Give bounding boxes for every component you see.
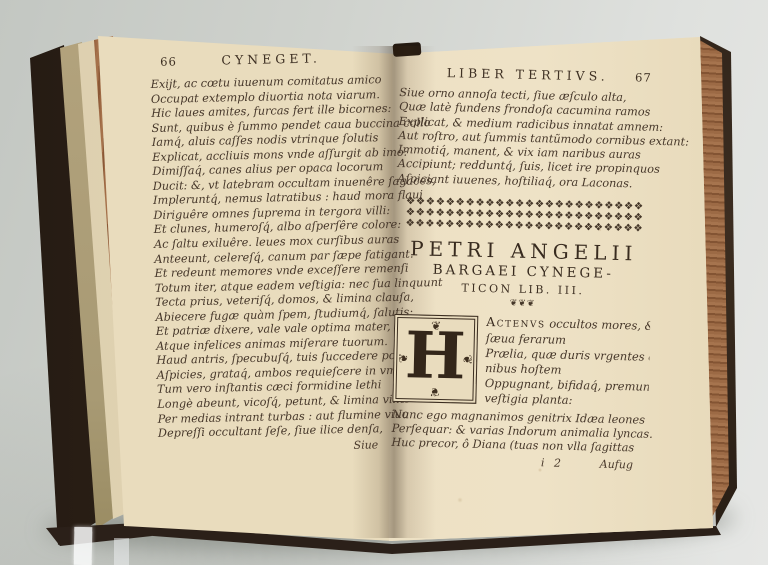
left-verse-block: Exijt, ac cœtu iuuenum comitatus amico O… [151,73,401,442]
headband [393,42,422,57]
opening-rest: occultos mores, & [546,317,651,333]
opening-block: ❦ ❦ ❦ ❦ H Actenvs occultos mores, & ſæua… [392,312,650,410]
section-heading-work: BARGAEI CYNEGE- [395,262,651,283]
fleuron-ornament: ❦❦❦ [394,296,650,312]
photo-of-open-book: 66 CYNEGET. Exijt, ac cœtu iuuenum comit… [0,0,768,565]
woodcut-initial-H: ❦ ❦ ❦ ❦ H [392,314,478,404]
book-cradle-strip [114,538,129,565]
left-folio-number: 66 [160,54,177,68]
right-page-text: LIBER TERTIVS. 67 Siue orno annoſa tecti… [391,64,656,472]
ornament-band: ❖❖❖❖❖❖❖❖❖❖❖❖❖❖❖❖❖❖❖❖❖❖❖❖ ❖❖❖❖❖❖❖❖❖❖❖❖❖❖❖… [402,196,647,234]
leaf-ornament-icon: ❦ [429,386,439,398]
signature-mark: i 2 [541,456,564,470]
left-page-text: 66 CYNEGET. Exijt, ac cœtu iuuenum comit… [150,49,400,456]
leaf-ornament-icon: ❦ [431,320,441,332]
right-folio-number: 67 [635,70,652,84]
section-heading-author: PETRI ANGELII [396,237,652,265]
leaf-ornament-icon: ❦ [461,355,473,365]
right-verse-block: Siue orno annoſa tecti, ſiue æſculo alta… [397,86,655,192]
right-verse-block-2: Nunc ego magnanimos genitrix Idæa leones… [391,408,648,457]
opening-smallcaps: Actenvs [486,314,546,330]
book-cradle-strip [74,527,93,565]
right-catchword: Aufug [600,457,634,471]
leaf-ornament-icon: ❦ [397,353,409,363]
